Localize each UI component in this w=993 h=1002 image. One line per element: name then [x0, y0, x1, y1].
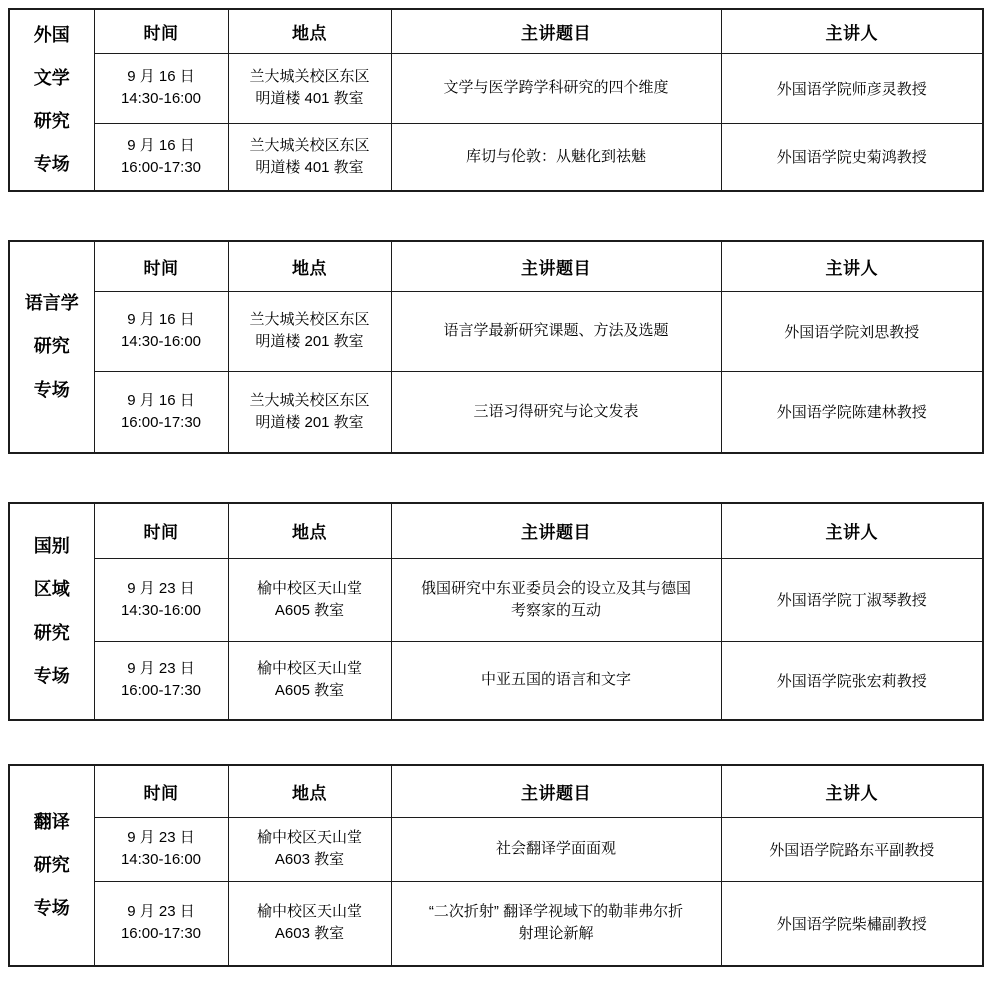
session-table-foreign-literature: 外国 文学 研究 专场 时间 地点 主讲题目 主讲人 9 月 16 日 14:3…: [8, 8, 984, 192]
session-label: 翻译 研究 专场: [9, 765, 94, 966]
column-header-speaker: 主讲人: [721, 9, 983, 53]
location-cell: 榆中校区天山堂 A605 教室: [228, 558, 391, 641]
header-row: 外国 文学 研究 专场 时间 地点 主讲题目 主讲人: [9, 9, 983, 53]
column-header-time: 时间: [94, 9, 228, 53]
table-row: 9 月 16 日 14:30-16:00 兰大城关校区东区 明道楼 401 教室…: [9, 53, 983, 123]
session-label-line: 语言学: [14, 282, 90, 325]
column-header-location: 地点: [228, 241, 391, 291]
speaker-cell: 外国语学院路东平副教授: [721, 817, 983, 881]
table-row: 9 月 23 日 14:30-16:00 榆中校区天山堂 A605 教室 俄国研…: [9, 558, 983, 641]
session-label-line: 专场: [14, 369, 90, 412]
session-label-line: 区域: [14, 568, 90, 611]
speaker-cell: 外国语学院刘思教授: [721, 291, 983, 371]
topic-cell: 中亚五国的语言和文字: [391, 641, 721, 720]
speaker-cell: 外国语学院柴橚副教授: [721, 881, 983, 966]
location-cell: 榆中校区天山堂 A605 教室: [228, 641, 391, 720]
session-label: 外国 文学 研究 专场: [9, 9, 94, 191]
topic-cell: 社会翻译学面面观: [391, 817, 721, 881]
time-cell: 9 月 23 日 16:00-17:30: [94, 881, 228, 966]
location-cell: 兰大城关校区东区 明道楼 201 教室: [228, 371, 391, 453]
table-row: 9 月 16 日 16:00-17:30 兰大城关校区东区 明道楼 201 教室…: [9, 371, 983, 453]
time-cell: 9 月 16 日 14:30-16:00: [94, 53, 228, 123]
location-cell: 兰大城关校区东区 明道楼 201 教室: [228, 291, 391, 371]
time-cell: 9 月 16 日 14:30-16:00: [94, 291, 228, 371]
session-label-line: 研究: [14, 325, 90, 368]
speaker-cell: 外国语学院丁淑琴教授: [721, 558, 983, 641]
topic-cell: 俄国研究中东亚委员会的设立及其与德国 考察家的互动: [391, 558, 721, 641]
topic-cell: 三语习得研究与论文发表: [391, 371, 721, 453]
session-label-line: 专场: [14, 655, 90, 698]
header-row: 翻译 研究 专场 时间 地点 主讲题目 主讲人: [9, 765, 983, 817]
topic-cell: “二次折射” 翻译学视域下的勒菲弗尔折 射理论新解: [391, 881, 721, 966]
header-row: 语言学 研究 专场 时间 地点 主讲题目 主讲人: [9, 241, 983, 291]
speaker-cell: 外国语学院师彦灵教授: [721, 53, 983, 123]
location-cell: 榆中校区天山堂 A603 教室: [228, 881, 391, 966]
column-header-topic: 主讲题目: [391, 241, 721, 291]
session-label: 语言学 研究 专场: [9, 241, 94, 453]
time-cell: 9 月 16 日 16:00-17:30: [94, 123, 228, 191]
column-header-location: 地点: [228, 9, 391, 53]
session-label-line: 文学: [14, 57, 90, 100]
session-label-line: 专场: [14, 143, 90, 186]
session-label-line: 研究: [14, 612, 90, 655]
table-row: 9 月 23 日 16:00-17:30 榆中校区天山堂 A605 教室 中亚五…: [9, 641, 983, 720]
time-cell: 9 月 23 日 16:00-17:30: [94, 641, 228, 720]
table-row: 9 月 23 日 16:00-17:30 榆中校区天山堂 A603 教室 “二次…: [9, 881, 983, 966]
session-label-line: 翻译: [14, 801, 90, 844]
session-label-line: 国别: [14, 525, 90, 568]
session-label-line: 研究: [14, 100, 90, 143]
topic-cell: 库切与伦敦：从魅化到祛魅: [391, 123, 721, 191]
table-row: 9 月 16 日 14:30-16:00 兰大城关校区东区 明道楼 201 教室…: [9, 291, 983, 371]
session-label-line: 专场: [14, 887, 90, 930]
session-table-linguistics: 语言学 研究 专场 时间 地点 主讲题目 主讲人 9 月 16 日 14:30-…: [8, 240, 984, 454]
speaker-cell: 外国语学院张宏莉教授: [721, 641, 983, 720]
table-row: 9 月 23 日 14:30-16:00 榆中校区天山堂 A603 教室 社会翻…: [9, 817, 983, 881]
session-label: 国别 区域 研究 专场: [9, 503, 94, 720]
session-table-translation: 翻译 研究 专场 时间 地点 主讲题目 主讲人 9 月 23 日 14:30-1…: [8, 764, 984, 967]
header-row: 国别 区域 研究 专场 时间 地点 主讲题目 主讲人: [9, 503, 983, 558]
column-header-location: 地点: [228, 765, 391, 817]
topic-cell: 语言学最新研究课题、方法及选题: [391, 291, 721, 371]
column-header-time: 时间: [94, 503, 228, 558]
session-table-area-studies: 国别 区域 研究 专场 时间 地点 主讲题目 主讲人 9 月 23 日 14:3…: [8, 502, 984, 721]
column-header-speaker: 主讲人: [721, 241, 983, 291]
column-header-speaker: 主讲人: [721, 765, 983, 817]
column-header-topic: 主讲题目: [391, 765, 721, 817]
time-cell: 9 月 16 日 16:00-17:30: [94, 371, 228, 453]
speaker-cell: 外国语学院陈建林教授: [721, 371, 983, 453]
column-header-topic: 主讲题目: [391, 9, 721, 53]
session-label-line: 外国: [14, 14, 90, 57]
location-cell: 榆中校区天山堂 A603 教室: [228, 817, 391, 881]
lecture-schedule-page: 外国 文学 研究 专场 时间 地点 主讲题目 主讲人 9 月 16 日 14:3…: [0, 0, 993, 1002]
speaker-cell: 外国语学院史菊鸿教授: [721, 123, 983, 191]
column-header-topic: 主讲题目: [391, 503, 721, 558]
topic-cell: 文学与医学跨学科研究的四个维度: [391, 53, 721, 123]
column-header-speaker: 主讲人: [721, 503, 983, 558]
time-cell: 9 月 23 日 14:30-16:00: [94, 817, 228, 881]
column-header-time: 时间: [94, 241, 228, 291]
column-header-time: 时间: [94, 765, 228, 817]
session-label-line: 研究: [14, 844, 90, 887]
time-cell: 9 月 23 日 14:30-16:00: [94, 558, 228, 641]
location-cell: 兰大城关校区东区 明道楼 401 教室: [228, 123, 391, 191]
column-header-location: 地点: [228, 503, 391, 558]
location-cell: 兰大城关校区东区 明道楼 401 教室: [228, 53, 391, 123]
table-row: 9 月 16 日 16:00-17:30 兰大城关校区东区 明道楼 401 教室…: [9, 123, 983, 191]
